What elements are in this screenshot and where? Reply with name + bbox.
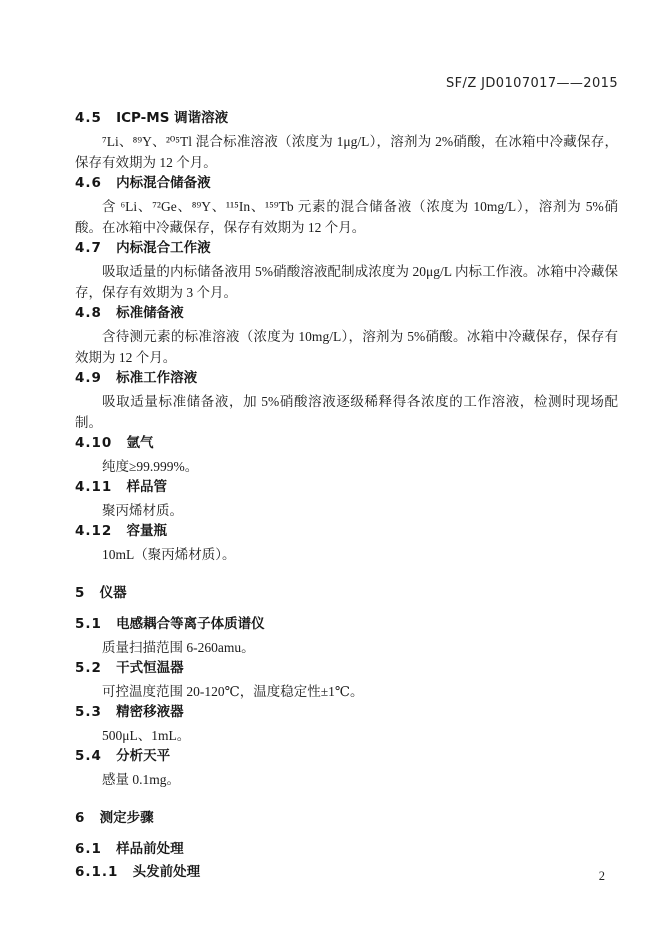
section-heading-5-2: 5.2干式恒温器 [75, 658, 618, 679]
heading-number: 4.10 [75, 435, 112, 451]
section-heading-5-3: 5.3精密移液器 [75, 702, 618, 723]
heading-number: 5.4 [75, 748, 102, 764]
paragraph: 含 ⁶Li、⁷²Ge、⁸⁹Y、¹¹⁵In、¹⁵⁹Tb 元素的混合储备液（浓度为 … [75, 196, 618, 238]
heading-title: 测定步骤 [100, 810, 154, 826]
page-header: SF/Z JD0107017——2015 [75, 76, 618, 91]
heading-title: 干式恒温器 [116, 660, 184, 676]
section-heading-6-1-1: 6.1.1头发前处理 [75, 862, 618, 883]
section-heading-4-8: 4.8标准储备液 [75, 303, 618, 324]
heading-title: ICP-MS 调谐溶液 [116, 110, 228, 126]
paragraph: 纯度≥99.999%。 [75, 456, 618, 477]
heading-number: 4.7 [75, 240, 102, 256]
heading-title: 头发前处理 [133, 864, 201, 880]
paragraph: 吸取适量的内标储备液用 5%硝酸溶液配制成浓度为 20μg/L 内标工作液。冰箱… [75, 261, 618, 303]
heading-number: 4.6 [75, 175, 102, 191]
heading-number: 4.5 [75, 110, 102, 126]
heading-title: 分析天平 [116, 748, 170, 764]
heading-title: 内标混合储备液 [116, 175, 211, 191]
standard-code: SF/Z JD0107017——2015 [446, 76, 618, 91]
paragraph: 10mL（聚丙烯材质）。 [75, 544, 618, 565]
paragraph: 聚丙烯材质。 [75, 500, 618, 521]
heading-number: 4.8 [75, 305, 102, 321]
heading-title: 内标混合工作液 [116, 240, 211, 256]
heading-title: 氩气 [126, 435, 153, 451]
section-heading-4-7: 4.7内标混合工作液 [75, 238, 618, 259]
heading-title: 标准储备液 [116, 305, 184, 321]
heading-title: 电感耦合等离子体质谱仪 [116, 616, 265, 632]
paragraph: ⁷Li、⁸⁹Y、²⁰⁵Tl 混合标准溶液（浓度为 1μg/L），溶剂为 2%硝酸… [75, 131, 618, 173]
document-page: SF/Z JD0107017——2015 4.5ICP-MS 调谐溶液⁷Li、⁸… [0, 0, 662, 936]
heading-number: 4.11 [75, 479, 112, 495]
section-heading-4-10: 4.10氩气 [75, 433, 618, 454]
section-heading-4-5: 4.5ICP-MS 调谐溶液 [75, 108, 618, 129]
section-heading-5-4: 5.4分析天平 [75, 746, 618, 767]
section-heading-4-11: 4.11样品管 [75, 477, 618, 498]
heading-title: 样品前处理 [116, 841, 184, 857]
section-heading-4-6: 4.6内标混合储备液 [75, 173, 618, 194]
section-heading-4-9: 4.9标准工作溶液 [75, 368, 618, 389]
section-heading-4-12: 4.12容量瓶 [75, 521, 618, 542]
heading-number: 6.1.1 [75, 864, 118, 880]
heading-title: 样品管 [126, 479, 167, 495]
heading-number: 5.3 [75, 704, 102, 720]
paragraph: 可控温度范围 20-120℃，温度稳定性±1℃。 [75, 681, 618, 702]
section-heading-6: 6测定步骤 [75, 808, 618, 829]
heading-number: 6 [75, 810, 85, 826]
heading-number: 4.9 [75, 370, 102, 386]
heading-number: 5.1 [75, 616, 102, 632]
paragraph: 含待测元素的标准溶液（浓度为 10mg/L），溶剂为 5%硝酸。冰箱中冷藏保存，… [75, 326, 618, 368]
heading-number: 5 [75, 585, 85, 601]
heading-number: 6.1 [75, 841, 102, 857]
section-heading-5: 5仪器 [75, 583, 618, 604]
page-number: 2 [599, 869, 605, 884]
paragraph: 500μL、1mL。 [75, 725, 618, 746]
section-heading-6-1: 6.1样品前处理 [75, 839, 618, 860]
document-body: 4.5ICP-MS 调谐溶液⁷Li、⁸⁹Y、²⁰⁵Tl 混合标准溶液（浓度为 1… [75, 108, 618, 885]
heading-number: 4.12 [75, 523, 112, 539]
heading-title: 仪器 [100, 585, 127, 601]
section-heading-5-1: 5.1电感耦合等离子体质谱仪 [75, 614, 618, 635]
heading-title: 精密移液器 [116, 704, 184, 720]
heading-title: 标准工作溶液 [116, 370, 197, 386]
heading-title: 容量瓶 [126, 523, 167, 539]
paragraph: 感量 0.1mg。 [75, 769, 618, 790]
heading-number: 5.2 [75, 660, 102, 676]
paragraph: 质量扫描范围 6-260amu。 [75, 637, 618, 658]
paragraph: 吸取适量标准储备液，加 5%硝酸溶液逐级稀释得各浓度的工作溶液，检测时现场配制。 [75, 391, 618, 433]
